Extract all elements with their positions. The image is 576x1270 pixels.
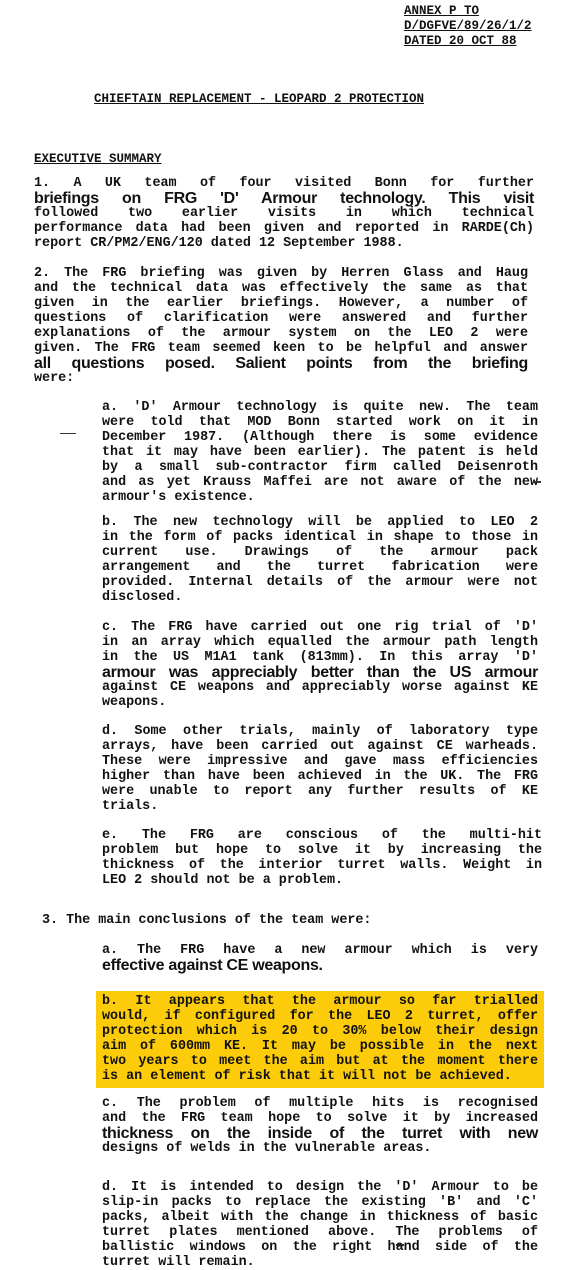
text-line: arrays, have been carried out against CE… (102, 739, 538, 754)
text-line: in the form of packs identical in shape … (102, 530, 538, 545)
paragraph-3-intro: 3. The main conclusions of the team were… (42, 913, 371, 928)
text-line: were: (34, 371, 528, 386)
document-title: CHIEFTAIN REPLACEMENT - LEOPARD 2 PROTEC… (94, 92, 424, 106)
paragraph-1: 1. A UK team of four visited Bonn for fu… (34, 176, 534, 251)
text-line: armour was appreciably better than the U… (102, 665, 538, 680)
text-line: in an array which equalled the armour pa… (102, 635, 538, 650)
text-line: would, if configured for the LEO 2 turre… (102, 1009, 538, 1024)
text-line: d. Some other trials, mainly of laborato… (102, 724, 538, 739)
text-line: weapons. (102, 695, 538, 710)
text-line: report CR/PM2/ENG/120 dated 12 September… (34, 236, 534, 251)
text-line: d. It is intended to design the 'D' Armo… (102, 1180, 538, 1195)
text-line: by a small sub-contractor firm called De… (102, 460, 538, 475)
text-line: explanations of the armour system on the… (34, 326, 528, 341)
conclusion-c: c. The problem of multiple hits is recog… (102, 1096, 538, 1156)
text-line: LEO 2 should not be a problem. (102, 873, 542, 888)
text-line: a. The FRG have a new armour which is ve… (102, 943, 538, 958)
text-line: armour's existence. (102, 490, 538, 505)
text-line: a. 'D' Armour technology is quite new. T… (102, 400, 538, 415)
text-line: protection which is 20 to 30% below thei… (102, 1024, 538, 1039)
text-line: b. The new technology will be applied to… (102, 515, 538, 530)
annex-line: ANNEX P TO (404, 4, 532, 19)
text-line: designs of welds in the vulnerable areas… (102, 1141, 538, 1156)
text-line: current use. Drawings of the armour pack (102, 545, 538, 560)
briefing-point-c: c. The FRG have carried out one rig tria… (102, 620, 538, 710)
text-line: These were impressive and gave mass effi… (102, 754, 538, 769)
text-line: higher than have been achieved in the UK… (102, 769, 538, 784)
paragraph-2: 2. The FRG briefing was given by Herren … (34, 266, 528, 386)
text-line: b. It appears that the armour so far tri… (102, 994, 538, 1009)
text-line: that it may have been earlier). The pate… (102, 445, 538, 460)
text-line: questions of clarification were answered… (34, 311, 528, 326)
text-line: December 1987. (Although there is some e… (102, 430, 538, 445)
text-line: and the technical data was effectively t… (34, 281, 528, 296)
text-line: were unable to report any further result… (102, 784, 538, 799)
text-line: slip-in packs to replace the existing 'B… (102, 1195, 538, 1210)
text-line: is an element of risk that it will not b… (102, 1069, 538, 1084)
text-line: given. The FRG team seemed keen to be he… (34, 341, 528, 356)
text-line: disclosed. (102, 590, 538, 605)
scan-mark (533, 481, 541, 483)
text-line: problem but hope to solve it by increasi… (102, 843, 542, 858)
text-line: against CE weapons and appreciably worse… (102, 680, 538, 695)
briefing-point-e: e. The FRG are conscious of the multi-hi… (102, 828, 542, 888)
text-line: followed two earlier visits in which tec… (34, 206, 534, 221)
conclusion-b-highlighted: b. It appears that the armour so far tri… (96, 991, 544, 1088)
text-line: performance data had been given and repo… (34, 221, 534, 236)
text-line: and as yet Krauss Maffei are not aware o… (102, 475, 538, 490)
conclusion-d: d. It is intended to design the 'D' Armo… (102, 1180, 538, 1270)
text-line: arrangement and the turret fabrication w… (102, 560, 538, 575)
text-line: packs, albeit with the change in thickne… (102, 1210, 538, 1225)
text-line: and the FRG team hope to solve it by inc… (102, 1111, 538, 1126)
text-line: two years to meet the aim but at the mom… (102, 1054, 538, 1069)
text-line: ballistic windows on the right hand side… (102, 1240, 538, 1255)
page-end-dash (396, 1244, 404, 1246)
briefing-point-d: d. Some other trials, mainly of laborato… (102, 724, 538, 814)
text-line: 2. The FRG briefing was given by Herren … (34, 266, 528, 281)
scan-mark (60, 433, 76, 434)
text-line: trials. (102, 799, 538, 814)
conclusion-a: a. The FRG have a new armour which is ve… (102, 943, 538, 973)
document-date: DATED 20 OCT 88 (404, 34, 532, 49)
annex-reference: ANNEX P TO D/DGFVE/89/26/1/2 DATED 20 OC… (404, 4, 532, 49)
text-line: e. The FRG are conscious of the multi-hi… (102, 828, 542, 843)
text-line: all questions posed. Salient points from… (34, 356, 528, 371)
text-line: given in the earlier briefings. However,… (34, 296, 528, 311)
text-line: provided. Internal details of the armour… (102, 575, 538, 590)
text-line: in the US M1A1 tank (813mm). In this arr… (102, 650, 538, 665)
text-line: c. The problem of multiple hits is recog… (102, 1096, 538, 1111)
text-line: turret will remain. (102, 1255, 538, 1270)
text-line: briefings on FRG 'D' Armour technology. … (34, 191, 534, 206)
briefing-point-b: b. The new technology will be applied to… (102, 515, 538, 605)
text-line: effective against CE weapons. (102, 958, 538, 973)
text-line: aim of 600mm KE. It may be possible in t… (102, 1039, 538, 1054)
text-line: thickness on the inside of the turret wi… (102, 1126, 538, 1141)
briefing-point-a: a. 'D' Armour technology is quite new. T… (102, 400, 538, 505)
reference-number: D/DGFVE/89/26/1/2 (404, 19, 532, 34)
text-line: were told that MOD Bonn started work on … (102, 415, 538, 430)
text-line: turret plates mentioned above. The probl… (102, 1225, 538, 1240)
text-line: 1. A UK team of four visited Bonn for fu… (34, 176, 534, 191)
section-heading: EXECUTIVE SUMMARY (34, 152, 162, 166)
text-line: thickness of the interior turret walls. … (102, 858, 542, 873)
text-line: c. The FRG have carried out one rig tria… (102, 620, 538, 635)
